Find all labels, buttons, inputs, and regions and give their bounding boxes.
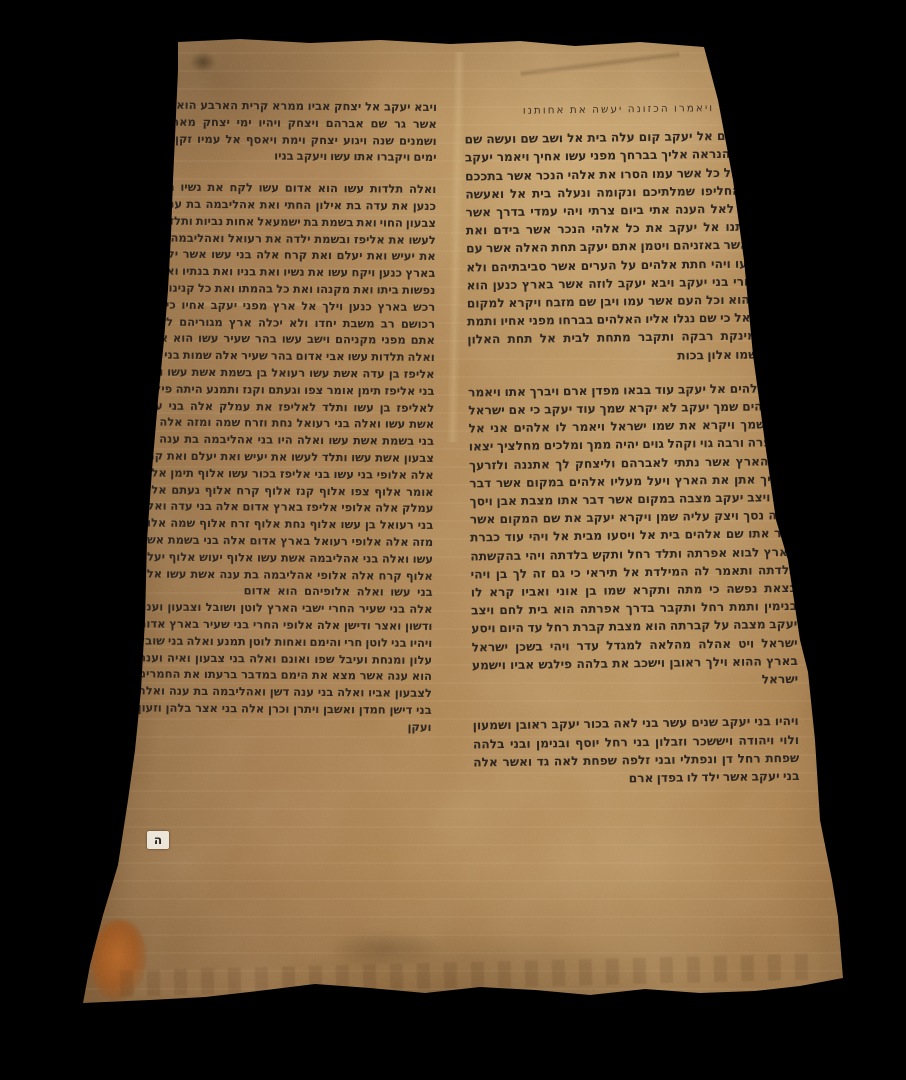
bottom-blot-stain <box>330 930 440 968</box>
repair-patch: ה <box>147 831 169 849</box>
torah-paragraph: ויהיו בני יעקב שנים עשר בני לאה בכור יעק… <box>473 712 800 789</box>
parchment-sheet: ויאמרו הכזונה יעשה את אחותנו ויאמר אלהים… <box>0 0 906 1080</box>
torah-paragraph: ויאמר אלהים אל יעקב קום עלה בית אל ושב ש… <box>464 126 793 367</box>
photo-scene: ויאמרו הכזונה יעשה את אחותנו ויאמר אלהים… <box>0 0 906 1080</box>
repair-patch-letter: ה <box>154 834 162 846</box>
vertical-crease <box>447 52 466 442</box>
deckle-edge-shading <box>120 953 820 996</box>
parashah-end-line: ויאמרו הכזונה יעשה את אחותנו <box>464 99 714 121</box>
torah-column-right: ויאמרו הכזונה יעשה את אחותנו ויאמר אלהים… <box>464 98 800 790</box>
corner-smudge <box>190 52 216 72</box>
torah-paragraph: ויבא יעקב אל יצחק אביו ממרא קרית הארבע ה… <box>142 96 437 166</box>
genealogy-text-b: אלה בני שעיר החרי ישבי הארץ לוטן ושובל ו… <box>138 600 433 734</box>
setumah-section-break <box>139 593 244 595</box>
top-crease <box>520 50 680 77</box>
genealogy-text-a: ואלה תלדות עשו הוא אדום עשו לקח את נשיו … <box>139 180 436 600</box>
torah-paragraph: וירא אלהים אל יעקב עוד בבאו מפדן ארם ויב… <box>468 379 798 693</box>
torah-paragraph-genealogy: ואלה תלדות עשו הוא אדום עשו לקח את נשיו … <box>137 179 436 736</box>
orange-corner-stain <box>87 917 152 1004</box>
torah-column-left: ויבא יעקב אל יצחק אביו ממרא קרית הארבע ה… <box>137 96 437 735</box>
